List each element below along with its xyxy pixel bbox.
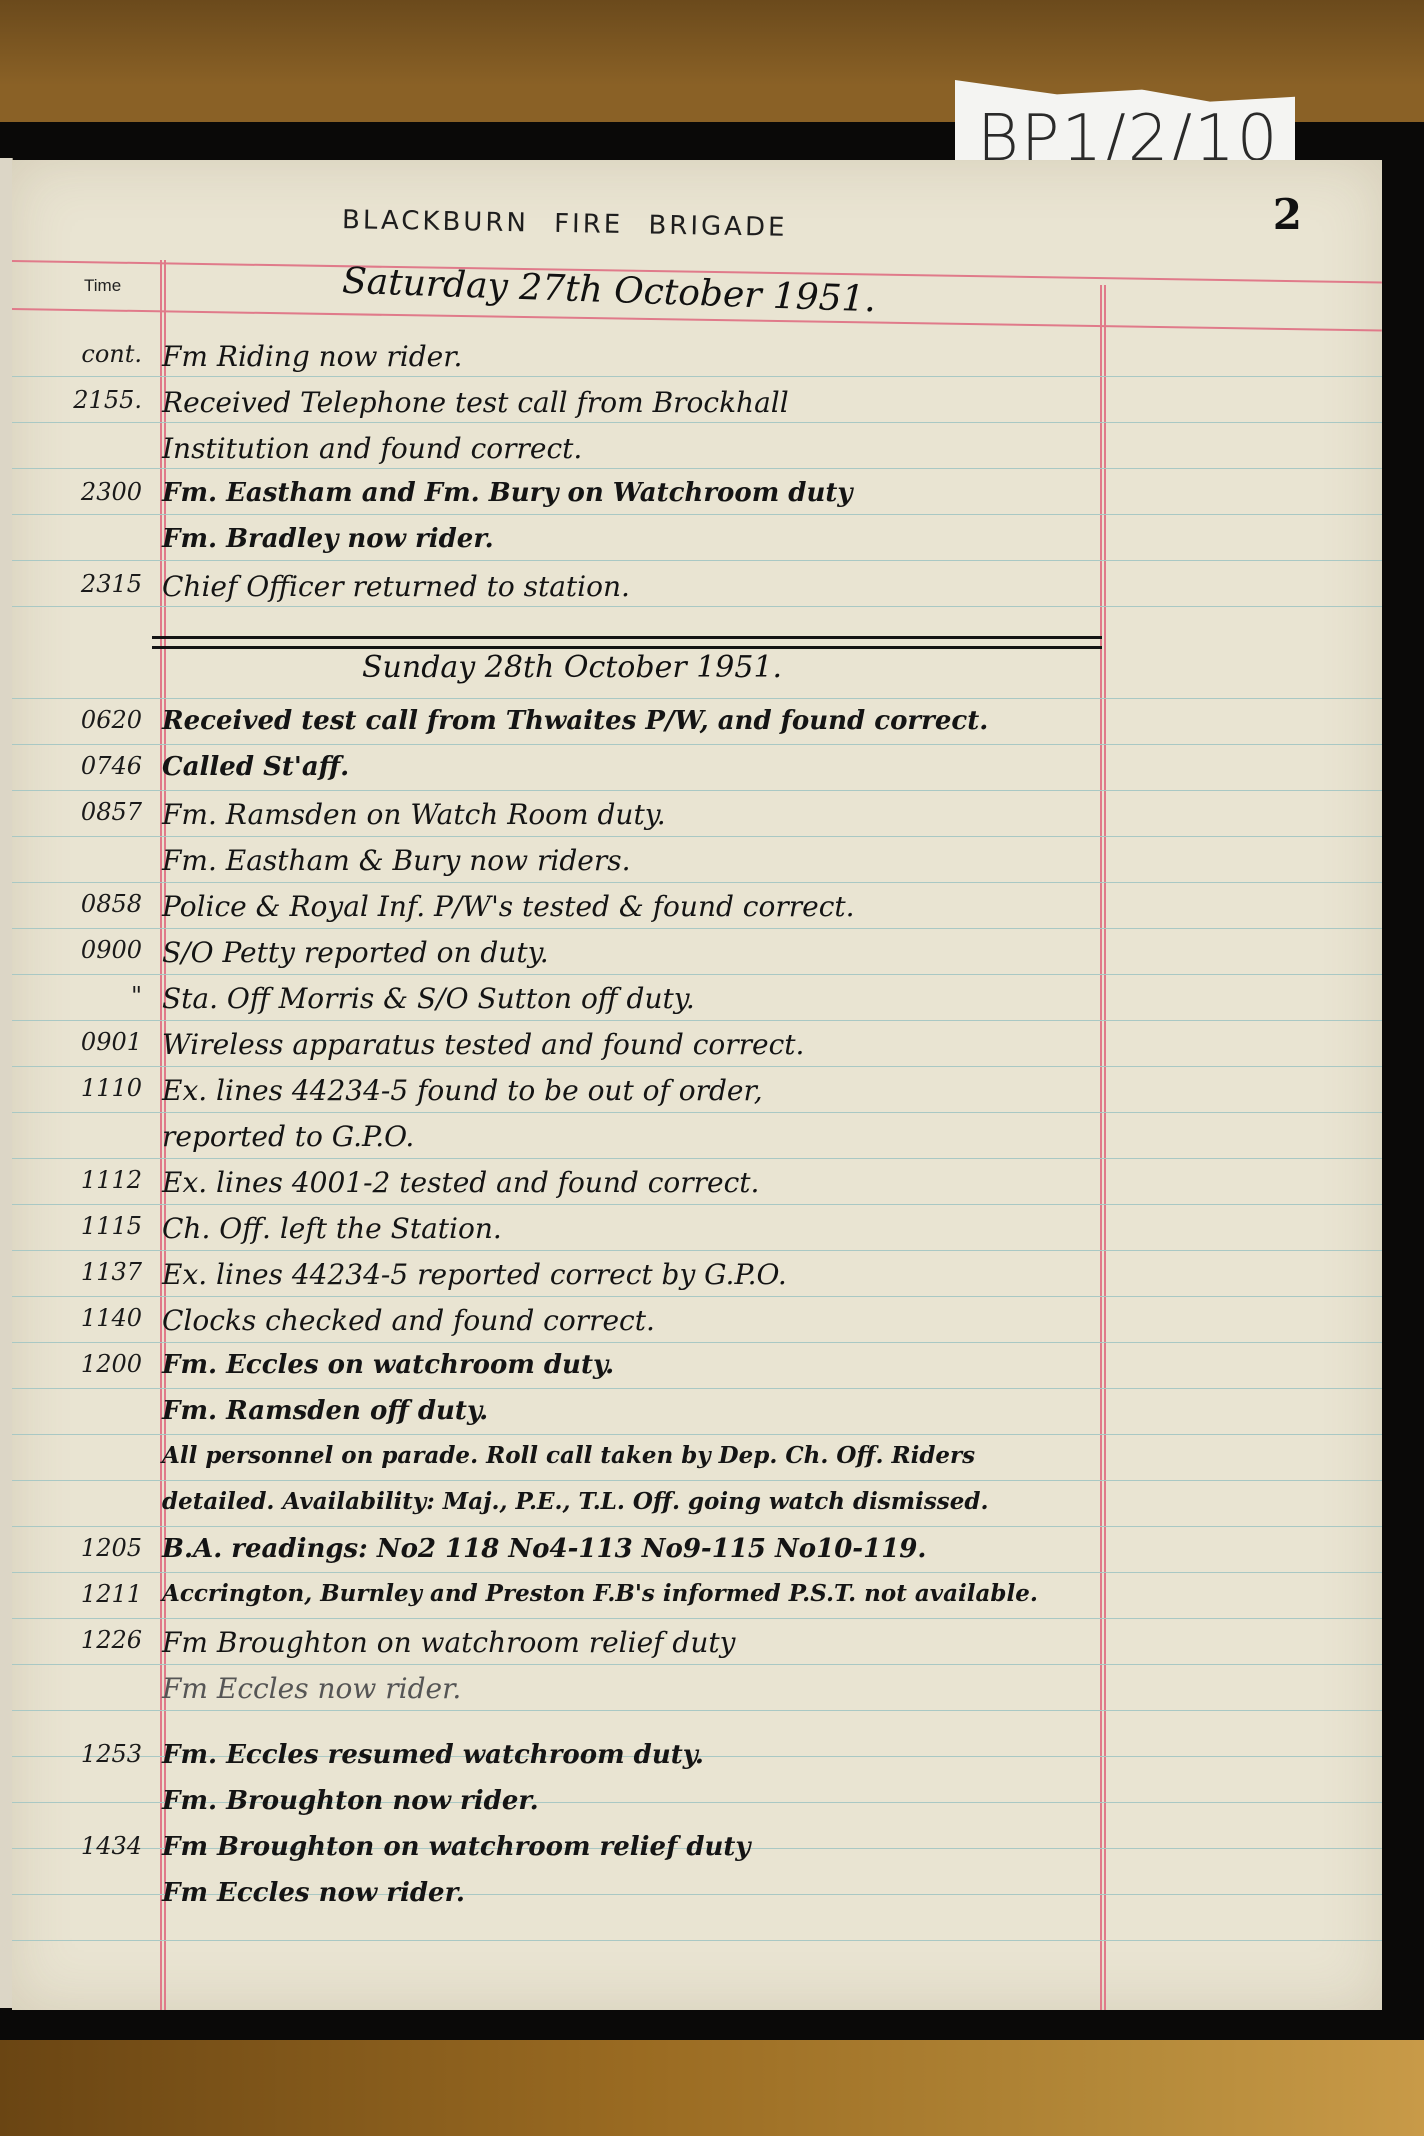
log-entry: 1112 Ex. lines 4001-2 tested and found c… <box>12 1166 1382 1210</box>
entry-time: " <box>32 982 142 1010</box>
entry-text: Fm. Eastham and Fm. Bury on Watchroom du… <box>162 478 1102 508</box>
entry-text: Received Telephone test call from Brockh… <box>162 386 1102 419</box>
entry-time: 0858 <box>32 890 142 918</box>
log-entry: 1253 Fm. Eccles resumed watchroom duty. <box>12 1740 1382 1784</box>
log-entry: Fm Eccles now rider. <box>12 1672 1382 1716</box>
log-entry: 1434 Fm Broughton on watchroom relief du… <box>12 1832 1382 1876</box>
log-entry: All personnel on parade. Roll call taken… <box>12 1442 1382 1486</box>
entry-text: Fm Broughton on watchroom relief duty <box>162 1626 1102 1659</box>
entry-text: Sta. Off Morris & S/O Sutton off duty. <box>162 982 1102 1015</box>
entry-text: Fm. Eastham & Bury now riders. <box>162 844 1102 877</box>
log-entry: Fm. Eastham & Bury now riders. <box>12 844 1382 888</box>
log-entry: 2300 Fm. Eastham and Fm. Bury on Watchro… <box>12 478 1382 522</box>
entry-text: Fm. Eccles resumed watchroom duty. <box>162 1740 1102 1770</box>
entry-time: 1137 <box>32 1258 142 1286</box>
entry-text: Wireless apparatus tested and found corr… <box>162 1028 1102 1061</box>
log-entry: 0746 Called St'aff. <box>12 752 1382 796</box>
entry-time: 1115 <box>32 1212 142 1240</box>
entry-time: 2300 <box>32 478 142 506</box>
entry-text: Fm. Eccles on watchroom duty. <box>162 1350 1102 1380</box>
entry-time: 1434 <box>32 1832 142 1860</box>
entry-text: Fm Eccles now rider. <box>162 1878 1102 1908</box>
log-entry: 1137 Ex. lines 44234-5 reported correct … <box>12 1258 1382 1302</box>
entry-text: Called St'aff. <box>162 752 1102 782</box>
entry-text: Fm. Broughton now rider. <box>162 1786 1102 1816</box>
entry-text: Ex. lines 44234-5 reported correct by G.… <box>162 1258 1102 1291</box>
entry-text: B.A. readings: No2 118 No4-113 No9-115 N… <box>162 1534 1102 1564</box>
log-entry: 1140 Clocks checked and found correct. <box>12 1304 1382 1348</box>
log-entry: cont. Fm Riding now rider. <box>12 340 1382 384</box>
entry-time: 0746 <box>32 752 142 780</box>
ruled-line <box>12 698 1382 699</box>
entry-time: 1112 <box>32 1166 142 1194</box>
log-entry: 0858 Police & Royal Inf. P/W's tested & … <box>12 890 1382 934</box>
day-separator-rule-double <box>152 646 1102 649</box>
entry-text: Fm. Ramsden off duty. <box>162 1396 1102 1426</box>
entry-text: Fm Riding now rider. <box>162 340 1102 373</box>
entry-text: Fm Eccles now rider. <box>162 1672 1102 1705</box>
entry-text: Police & Royal Inf. P/W's tested & found… <box>162 890 1102 923</box>
log-entry: 1200 Fm. Eccles on watchroom duty. <box>12 1350 1382 1394</box>
entry-time: 1200 <box>32 1350 142 1378</box>
entry-text: reported to G.P.O. <box>162 1120 1102 1153</box>
entry-time: 2155. <box>32 386 142 414</box>
entry-text: Ch. Off. left the Station. <box>162 1212 1102 1245</box>
entry-time: 1110 <box>32 1074 142 1102</box>
log-entry: 0900 S/O Petty reported on duty. <box>12 936 1382 980</box>
entry-text: Fm. Ramsden on Watch Room duty. <box>162 798 1102 831</box>
log-entry: Fm. Ramsden off duty. <box>12 1396 1382 1440</box>
entry-text: Clocks checked and found correct. <box>162 1304 1102 1337</box>
date-heading-saturday: Saturday 27th October 1951. <box>341 261 876 321</box>
entry-time: 1140 <box>32 1304 142 1332</box>
log-entry: " Sta. Off Morris & S/O Sutton off duty. <box>12 982 1382 1026</box>
log-entry: 0901 Wireless apparatus tested and found… <box>12 1028 1382 1072</box>
log-entry: 1211 Accrington, Burnley and Preston F.B… <box>12 1580 1382 1624</box>
day-separator-rule <box>152 636 1102 639</box>
entry-text: Institution and found correct. <box>162 432 1102 465</box>
entry-text: All personnel on parade. Roll call taken… <box>162 1442 1102 1469</box>
log-book-page: BLACKBURN FIRE BRIGADE 2 Time Saturday 2… <box>12 160 1382 2010</box>
date-heading-sunday: Sunday 28th October 1951. <box>362 650 782 685</box>
entry-text: Accrington, Burnley and Preston F.B's in… <box>162 1580 1102 1607</box>
entry-time: 0620 <box>32 706 142 734</box>
log-entry: 1115 Ch. Off. left the Station. <box>12 1212 1382 1256</box>
log-entry: 1110 Ex. lines 44234-5 found to be out o… <box>12 1074 1382 1118</box>
log-entry: 2315 Chief Officer returned to station. <box>12 570 1382 614</box>
entry-time: 1211 <box>32 1580 142 1608</box>
entry-time: 0857 <box>32 798 142 826</box>
entry-time: 1253 <box>32 1740 142 1768</box>
entry-text: Chief Officer returned to station. <box>162 570 1102 603</box>
log-entry: 1205 B.A. readings: No2 118 No4-113 No9-… <box>12 1534 1382 1578</box>
time-column-header: Time <box>84 276 121 296</box>
entry-time: 0901 <box>32 1028 142 1056</box>
log-entry: 0857 Fm. Ramsden on Watch Room duty. <box>12 798 1382 842</box>
ruled-line <box>12 1940 1382 1941</box>
wooden-desk <box>0 2040 1424 2136</box>
log-entry: 0620 Received test call from Thwaites P/… <box>12 706 1382 750</box>
entry-time: 0900 <box>32 936 142 964</box>
entry-text: Received test call from Thwaites P/W, an… <box>162 706 1102 736</box>
log-entry: Fm. Broughton now rider. <box>12 1786 1382 1830</box>
entry-text: S/O Petty reported on duty. <box>162 936 1102 969</box>
entry-time: cont. <box>32 340 142 368</box>
page-number: 2 <box>1273 190 1302 239</box>
log-entry: detailed. Availability: Maj., P.E., T.L.… <box>12 1488 1382 1532</box>
entry-text: Fm. Bradley now rider. <box>162 524 1102 554</box>
entry-time: 1205 <box>32 1534 142 1562</box>
log-entry: Fm. Bradley now rider. <box>12 524 1382 568</box>
log-entry: 2155. Received Telephone test call from … <box>12 386 1382 430</box>
entry-time: 2315 <box>32 570 142 598</box>
log-entry: reported to G.P.O. <box>12 1120 1382 1164</box>
page-title: BLACKBURN FIRE BRIGADE <box>342 205 902 245</box>
entry-text: Ex. lines 4001-2 tested and found correc… <box>162 1166 1102 1199</box>
log-entry: Institution and found correct. <box>12 432 1382 476</box>
entry-time: 1226 <box>32 1626 142 1654</box>
entry-text: detailed. Availability: Maj., P.E., T.L.… <box>162 1488 1102 1515</box>
log-entry: 1226 Fm Broughton on watchroom relief du… <box>12 1626 1382 1670</box>
log-entry: Fm Eccles now rider. <box>12 1878 1382 1922</box>
entry-text: Ex. lines 44234-5 found to be out of ord… <box>162 1074 1102 1107</box>
entry-text: Fm Broughton on watchroom relief duty <box>162 1832 1102 1862</box>
